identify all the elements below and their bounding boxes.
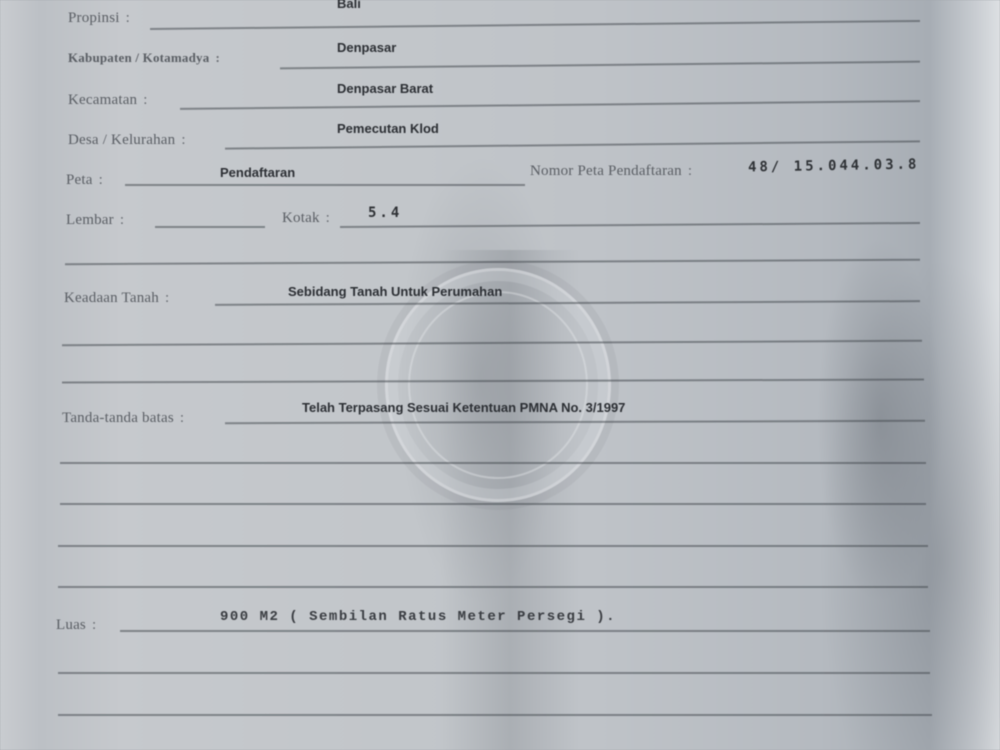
- blank-line: [60, 503, 926, 505]
- field-label-kotak: Kotak:: [282, 210, 330, 227]
- field-value-tanda-batas: Telah Terpasang Sesuai Ketentuan PMNA No…: [302, 400, 625, 415]
- desa-label-text: Desa / Kelurahan: [68, 132, 175, 148]
- field-value-kecamatan: Denpasar Barat: [337, 81, 433, 96]
- colon: :: [92, 617, 96, 633]
- colon: :: [181, 132, 185, 148]
- colon: :: [126, 10, 130, 26]
- field-value-kotak: 5.4: [368, 205, 402, 221]
- peta-line: [125, 184, 525, 186]
- field-label-keadaan-tanah: Keadaan Tanah:: [64, 290, 169, 307]
- keadaan-tanah-label-text: Keadaan Tanah: [64, 290, 159, 306]
- propinsi-label-text: Propinsi: [68, 10, 120, 26]
- field-label-kabupaten: Kabupaten / Kotamadya:: [68, 50, 220, 66]
- kotak-label-text: Kotak: [282, 210, 320, 226]
- blank-line: [58, 586, 928, 588]
- field-label-luas: Luas:: [56, 617, 96, 634]
- blank-line: [58, 672, 930, 674]
- propinsi-line: [150, 20, 920, 30]
- field-value-kabupaten: Denpasar: [337, 40, 396, 55]
- kotak-line: [340, 222, 920, 228]
- field-label-kecamatan: Kecamatan:: [68, 92, 148, 109]
- field-label-propinsi: Propinsi:: [68, 10, 130, 27]
- lembar-label-text: Lembar: [66, 212, 114, 228]
- desa-line: [225, 140, 920, 149]
- colon: :: [99, 172, 103, 188]
- field-value-nomor-peta: 48/ 15.044.03.8: [748, 157, 920, 176]
- field-value-desa: Pemecutan Klod: [337, 121, 439, 136]
- field-label-peta: Peta:: [66, 172, 103, 189]
- colon: :: [215, 50, 220, 65]
- kecamatan-label-text: Kecamatan: [68, 92, 137, 108]
- field-value-luas: 900 M2 ( Sembilan Ratus Meter Persegi ).: [220, 609, 616, 625]
- field-value-propinsi: Bali: [337, 0, 361, 11]
- field-label-tanda-batas: Tanda-tanda batas:: [62, 410, 184, 427]
- official-seal-inner-ring: [408, 291, 588, 479]
- nomor-peta-label-text: Nomor Peta Pendaftaran: [530, 163, 682, 179]
- colon: :: [326, 210, 330, 226]
- field-label-desa: Desa / Kelurahan:: [68, 132, 186, 149]
- field-label-lembar: Lembar:: [66, 212, 124, 229]
- tanda-batas-label-text: Tanda-tanda batas: [62, 410, 174, 426]
- colon: :: [688, 163, 692, 179]
- luas-label-text: Luas: [56, 617, 86, 633]
- colon: :: [180, 410, 184, 426]
- kabupaten-line: [280, 61, 920, 70]
- luas-line: [120, 630, 930, 632]
- field-label-nomor-peta: Nomor Peta Pendaftaran:: [530, 163, 692, 180]
- colon: :: [143, 92, 147, 108]
- field-value-keadaan-tanah: Sebidang Tanah Untuk Perumahan: [288, 284, 502, 299]
- field-value-peta: Pendaftaran: [220, 165, 295, 180]
- lembar-line: [155, 226, 265, 228]
- peta-label-text: Peta: [66, 172, 93, 188]
- kecamatan-line: [180, 100, 920, 110]
- blank-line: [60, 462, 926, 464]
- colon: :: [165, 290, 169, 306]
- blank-line: [58, 714, 932, 716]
- document-page: Propinsi: Bali Kabupaten / Kotamadya: De…: [0, 0, 1000, 750]
- blank-line: [58, 545, 928, 547]
- colon: :: [120, 212, 124, 228]
- kabupaten-label-text: Kabupaten / Kotamadya: [68, 50, 209, 65]
